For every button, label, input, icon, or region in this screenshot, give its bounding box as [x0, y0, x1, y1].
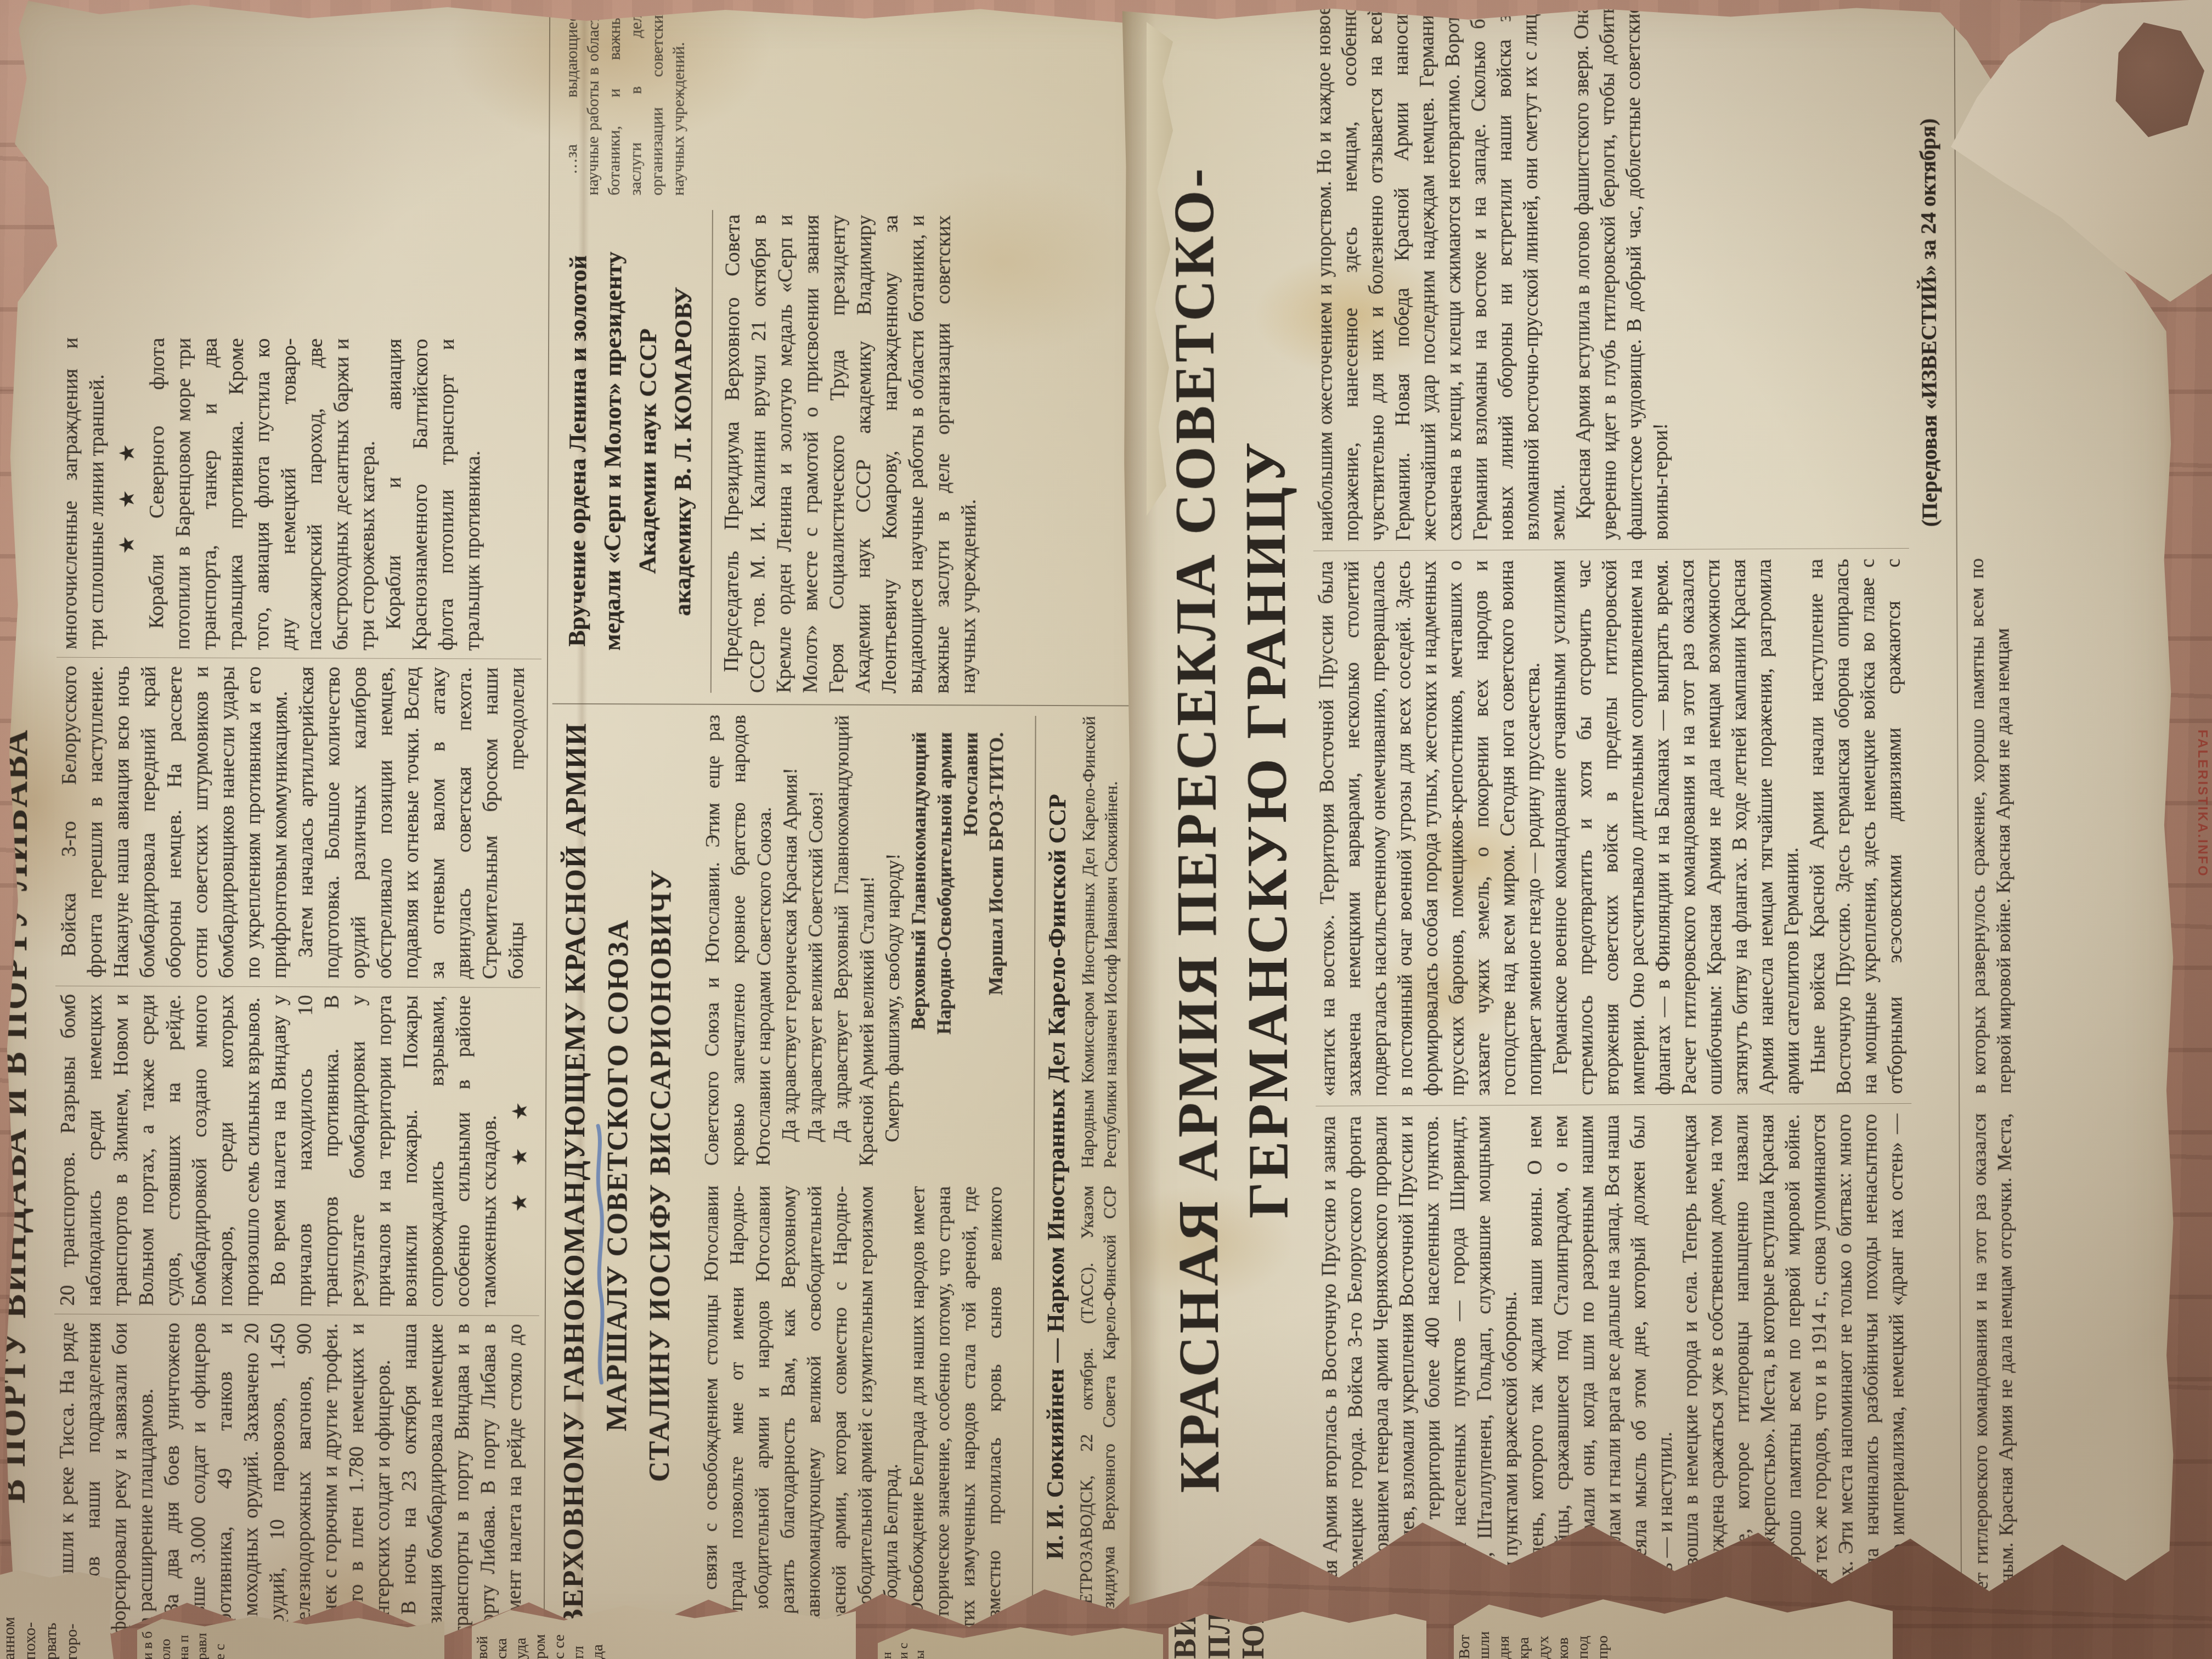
rule-above-syukiyainen — [1032, 716, 1036, 1638]
text-line: МАРШАЛУ СОВЕТСКОГО СОЮЗА — [595, 714, 641, 1636]
text-line: уда — [511, 1601, 531, 1659]
text-line: шли — [1475, 1593, 1494, 1659]
fragment-paragraph: Расчет гитлеровского командования и на э… — [1964, 558, 2046, 1649]
letter-signature: Верховный ГлавнокомандующийНародно-Освоб… — [905, 715, 1010, 1167]
section-divider-rule — [544, 0, 550, 1644]
text-line: Германское военное командование отчаянны… — [1545, 559, 1805, 1096]
text-line: анном — [0, 1567, 20, 1659]
headline-red-army-crossed-border: КРАСНАЯ АРМИЯ ПЕРЕСЕКЛА СОВЕТСКО-ГЕРМАНС… — [1158, 1, 1306, 1658]
scrap-bottom-4: ни сы — [878, 1625, 1163, 1659]
komarov-text-fragment: …за выдающиеся научные работы в области … — [561, 7, 1159, 198]
komarov-text: Председатель Президиума Верховного Совет… — [718, 215, 1159, 695]
scrap-text: Вотшлиднякрадухковподпро — [1454, 1591, 1895, 1659]
text-line: оло — [156, 1614, 174, 1659]
letter-text: В связи с освобождением столицы Югослави… — [697, 715, 1028, 1638]
text-line: Во время налета на Виндаву у причалов на… — [265, 995, 503, 1307]
communique-columns: …вышли к реке Тисса. На ряде участков на… — [53, 9, 544, 1636]
text-line: ГЕРМАНСКУЮ ГРАНИЦУ — [1228, 1, 1306, 1658]
column-divider-rule — [552, 703, 1163, 707]
text-line: Вручение ордена Ленина и золотой — [559, 210, 596, 692]
text-line: ков — [1554, 1593, 1573, 1659]
text-line: Да здравствует Верховный Главнокомандующ… — [828, 715, 881, 1166]
text-line: В связи с освобождением столицы Югослави… — [697, 1186, 905, 1637]
text-line: похо- — [20, 1567, 41, 1659]
letter-slogans: Да здравствует героическая Красная Армия… — [776, 715, 907, 1166]
text-line: Маршал Иосип БРОЗ-ТИТО. — [983, 716, 1010, 1167]
text-line: е с — [211, 1614, 229, 1659]
text-line: За два дня боев уничтожено свыше 3.000 с… — [159, 1323, 397, 1635]
text-line: ПЛА — [1203, 1609, 1237, 1659]
newspaper-page-left: В ПОРТУ ВИНДАВА И В ПОРТУ ЛИБАВА …вышли … — [2, 0, 1166, 1646]
text-line: академику В. Л. КОМАРОВУ — [664, 210, 701, 693]
text-line: Да здравствует героическая Красная Армия… — [776, 715, 804, 1166]
headline-to-stalin: ВЕРХОВНОМУ ГАВНОКОМАНДУЮЩЕМУ КРАСНОЙ АРМ… — [552, 714, 684, 1637]
rule-under-komarov-heading — [710, 210, 713, 693]
watermark-text: FALERISTIKA.INFO — [2194, 730, 2210, 911]
text-line: Да здравствует великий Советский Союз! — [802, 715, 830, 1166]
headline-syukiyainen: И. И. Сюкияйнен — Нарком Иностранных Дел… — [1041, 716, 1073, 1638]
text-line: Смерть фашизму, свободу народу! — [879, 715, 907, 1166]
next-article-fragment: Расчет гитлеровского командования и на э… — [1961, 3, 2045, 1649]
text-line: ★ ★ ★ — [109, 337, 144, 650]
text-line: про — [1593, 1593, 1613, 1659]
headline-port-vindava: В ПОРТУ ВИНДАВА И В ПОРТУ ЛИБАВА — [2, 729, 37, 1504]
scrap-big-letters: ВИЧАПЛАЮК — [1169, 1606, 1426, 1659]
text-line: ВЕРХОВНОМУ ГАВНОКОМАНДУЮЩЕМУ КРАСНОЙ АРМ… — [552, 714, 599, 1636]
text-line: рвать — [41, 1567, 61, 1659]
scrap-headline-letters: ВИЧАПЛАЮК — [1169, 1611, 1426, 1659]
scrap-bottom-6: Вотшлиднякрадухковподпро — [1454, 1595, 1893, 1659]
text-line: дня — [1494, 1593, 1514, 1659]
text-line: Красная Армия вторглась в Восточную Прус… — [1316, 1115, 1524, 1652]
text-line: под — [1573, 1593, 1593, 1659]
newspaper-page-right: КРАСНАЯ АРМИЯ ПЕРЕСЕКЛА СОВЕТСКО-ГЕРМАНС… — [1122, 0, 2178, 1658]
text-line: на п — [174, 1614, 193, 1659]
text-line: дух — [1534, 1593, 1554, 1659]
text-line: ВИЧА — [1169, 1609, 1203, 1659]
scrap-text: ни сы — [878, 1621, 1165, 1659]
headline-komarov-award: Вручение ордена Ленина и золотоймедали «… — [559, 210, 701, 693]
text-line: Верховный Главнокомандующий — [905, 715, 933, 1166]
text-line: Красная Армия вступила в логово фашистск… — [1568, 4, 1674, 540]
text-line: СТАЛИНУ ИОСИФУ ВИССАРИОНОВИЧУ — [638, 714, 684, 1636]
text-line: Корабли и авиация Краснознаменного Балти… — [380, 338, 487, 651]
text-line: ЮК — [1237, 1609, 1271, 1659]
text-line: кра — [1514, 1593, 1534, 1659]
text-line: Югославии — [957, 715, 984, 1166]
text-line: Настал день, которого так ждали наши вои… — [1522, 1115, 1679, 1651]
text-line: медали «Серп и Молот» президенту — [594, 210, 631, 692]
komarov-paragraph: Председатель Президиума Верховного Совет… — [718, 215, 983, 694]
scrap-bottom-2: и в болона правле с — [137, 1616, 444, 1659]
text-line: Народно-Освободительной армии — [931, 715, 958, 1166]
scrap-text: анномпохо-рватьгоро- — [0, 1564, 119, 1659]
text-line: равл — [193, 1614, 211, 1659]
text-line: и с — [895, 1623, 912, 1659]
text-line: н — [879, 1623, 895, 1659]
scrap-bottom-left: анномпохо-рватьгоро- — [0, 1570, 114, 1659]
editorial-columns: Красная Армия вторглась в Восточную Прус… — [1311, 3, 1914, 1652]
text-line: ★ ★ ★ — [502, 996, 537, 1308]
text-line: Академии наук СССР — [629, 210, 666, 692]
text-line: ы — [912, 1623, 928, 1659]
text-line: Корабли Северного флота потопили в Барен… — [143, 338, 381, 651]
text-line: горо- — [61, 1567, 82, 1659]
editorial-attribution: (Передовая «ИЗВЕСТИЙ» за 24 октября) — [1915, 119, 1944, 832]
komarov-fragment-paragraph: …за выдающиеся научные работы в области … — [561, 7, 690, 196]
text-line: Войска 3-го Белорусского фронта перешли … — [55, 665, 294, 978]
photo-of-newspaper: { "page_left": { "top_headline": "В ПОРТ… — [0, 0, 2212, 1659]
text-line: Вот — [1455, 1593, 1475, 1659]
rule-under-editorial — [1954, 0, 1962, 1655]
